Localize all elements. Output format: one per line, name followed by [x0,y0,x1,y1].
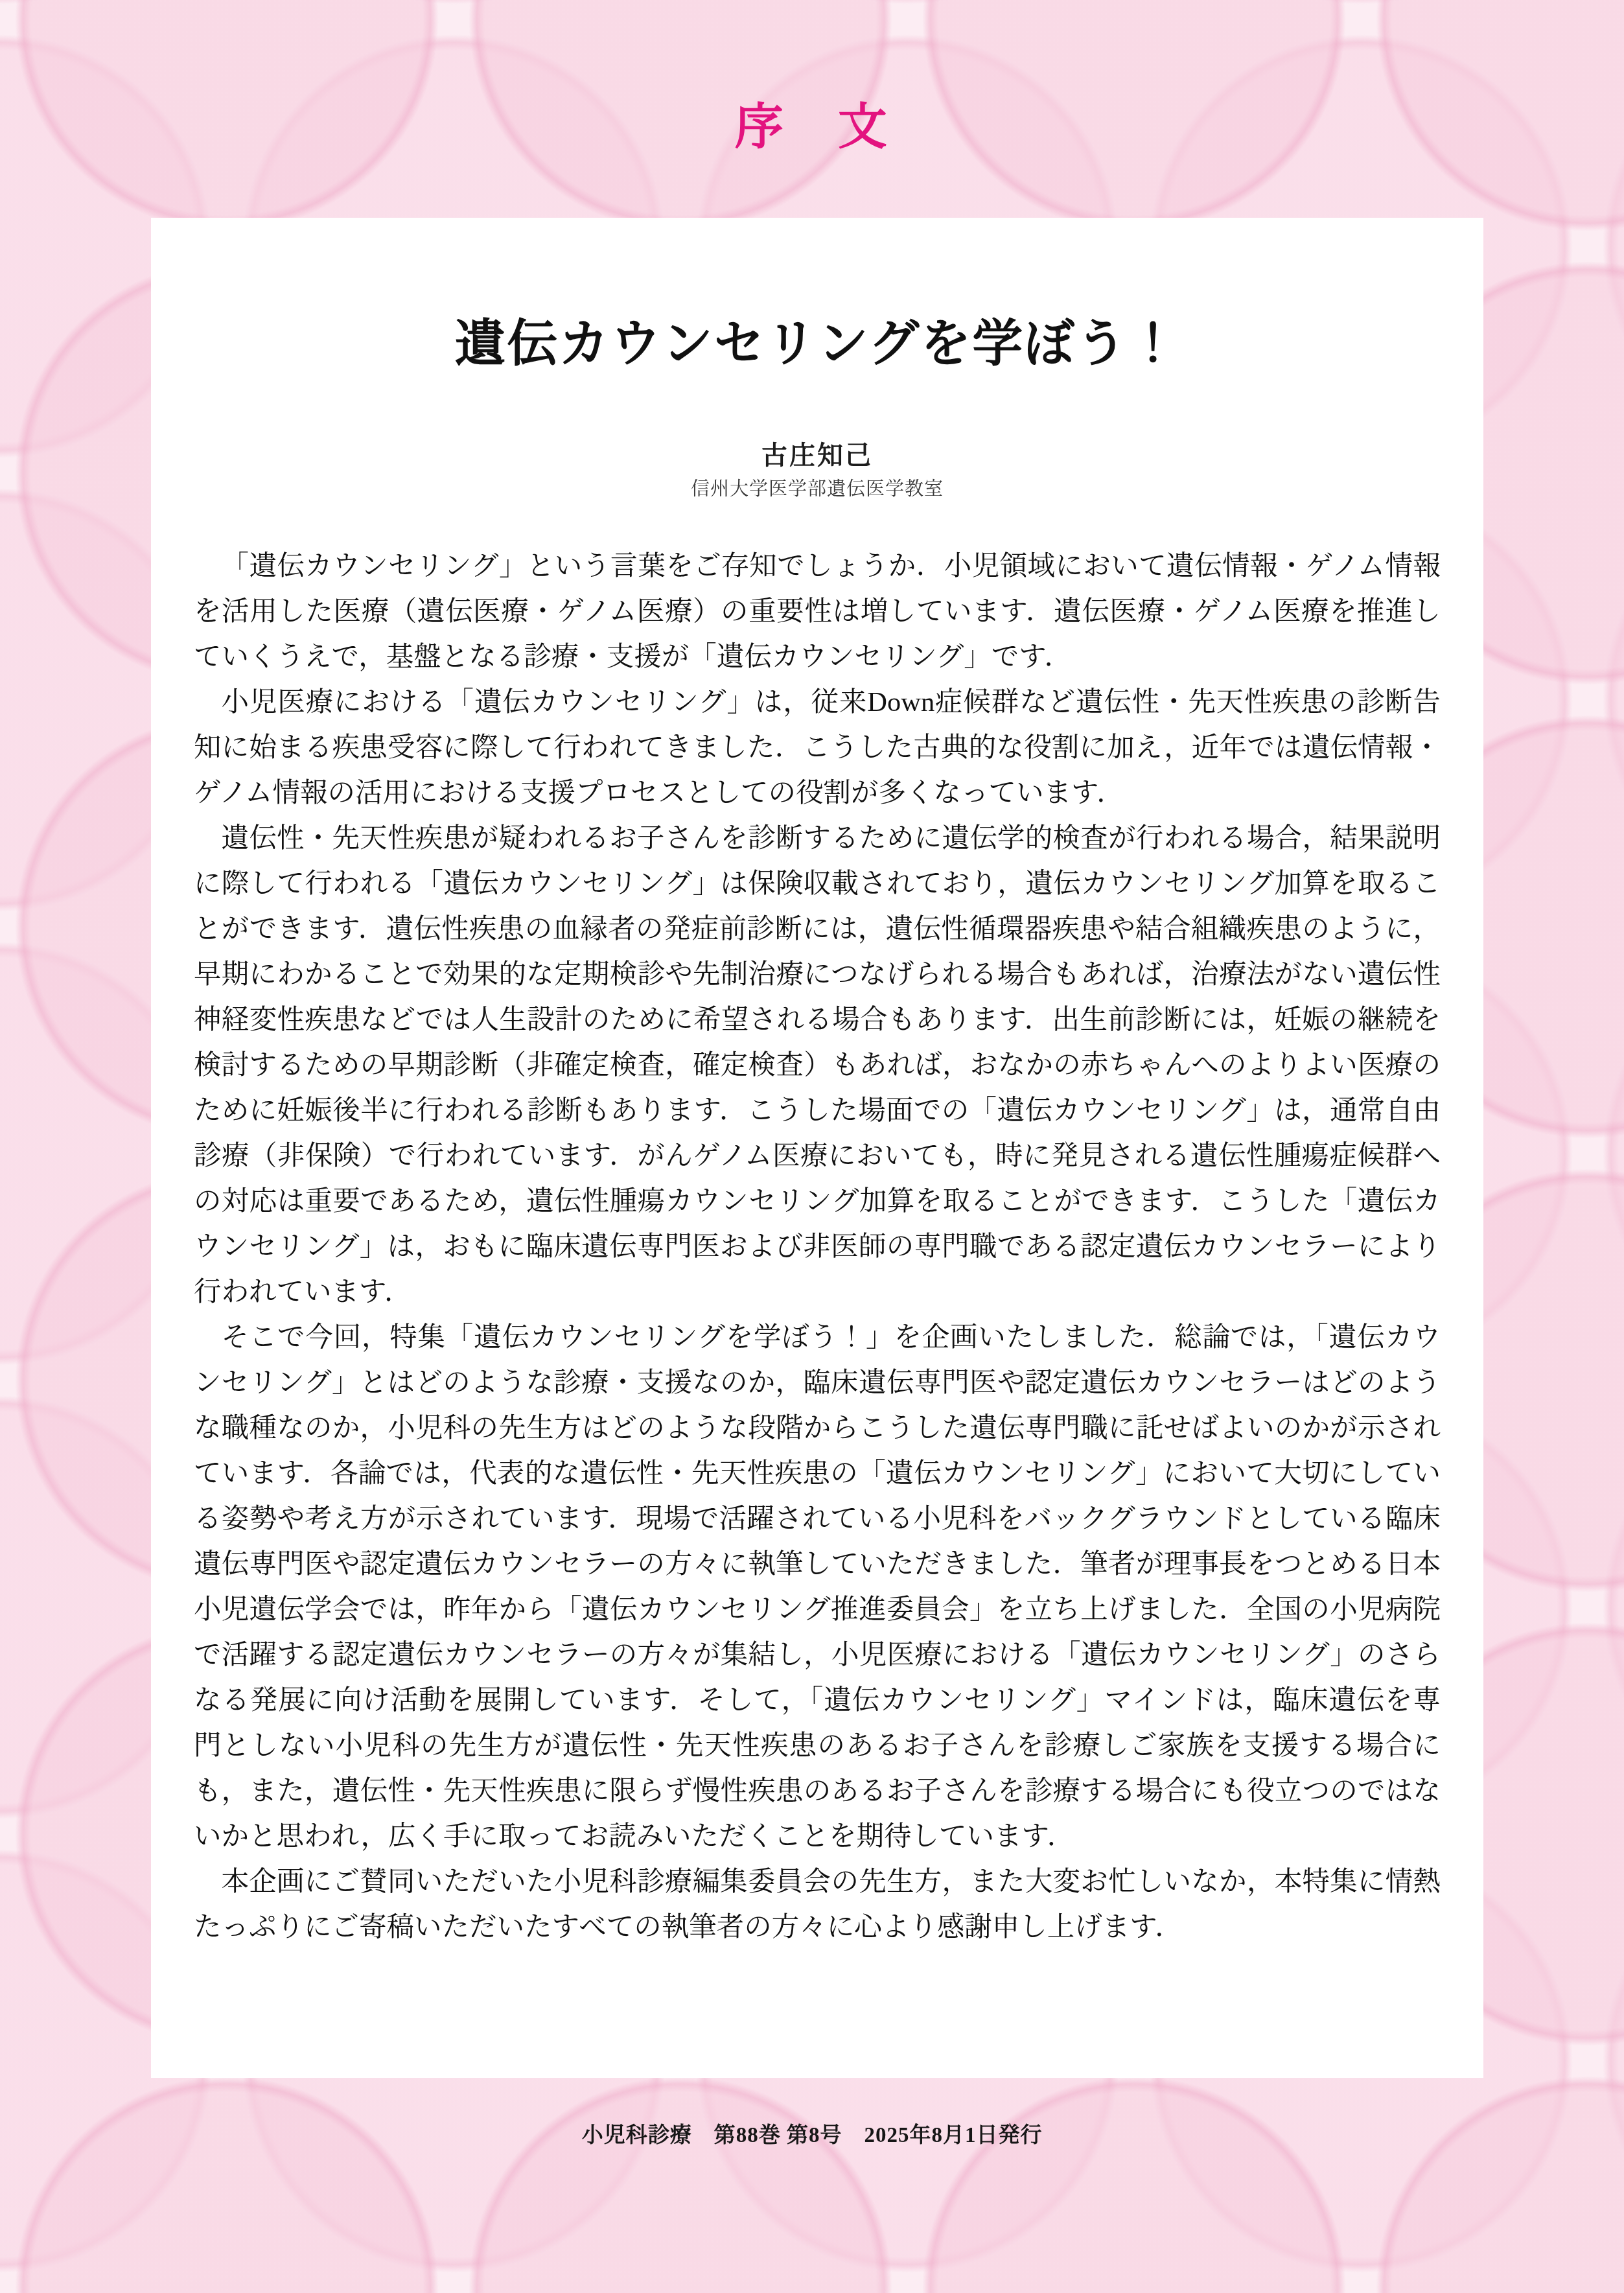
paragraph-5: 本企画にご賛同いただいた小児科診療編集委員会の先生方，また大変お忙しいなか，本特… [194,1859,1441,1950]
paragraph-3: 遺伝性・先天性疾患が疑われるお子さんを診断するために遺伝学的検査が行われる場合，… [194,816,1441,1315]
page-background: { "page": { "header_title": "序 文", "foot… [0,0,1624,2293]
page-footer: 小児科診療 第88巻 第8号 2025年8月1日発行 [0,2118,1624,2148]
paragraph-1: 「遺伝カウンセリング」という言葉をご存知でしょうか．小児領域において遺伝情報・ゲ… [194,544,1441,680]
paragraph-2: 小児医療における「遺伝カウンセリング」は，従来Down症候群など遺伝性・先天性疾… [194,680,1441,816]
author-name: 古庄知己 [194,440,1441,471]
article-title: 遺伝カウンセリングを学ぼう！ [194,315,1441,373]
content-panel: 遺伝カウンセリングを学ぼう！ 古庄知己 信州大学医学部遺伝医学教室 「遺伝カウン… [151,218,1483,2078]
author-affiliation: 信州大学医学部遺伝医学教室 [194,478,1441,501]
paragraph-4: そこで今回，特集「遺伝カウンセリングを学ぼう！」を企画いたしました．総論では，「… [194,1315,1441,1859]
page-header: 序 文 [0,100,1624,155]
article-body: 「遺伝カウンセリング」という言葉をご存知でしょうか．小児領域において遺伝情報・ゲ… [194,544,1441,1950]
section-title: 序 文 [0,100,1624,155]
